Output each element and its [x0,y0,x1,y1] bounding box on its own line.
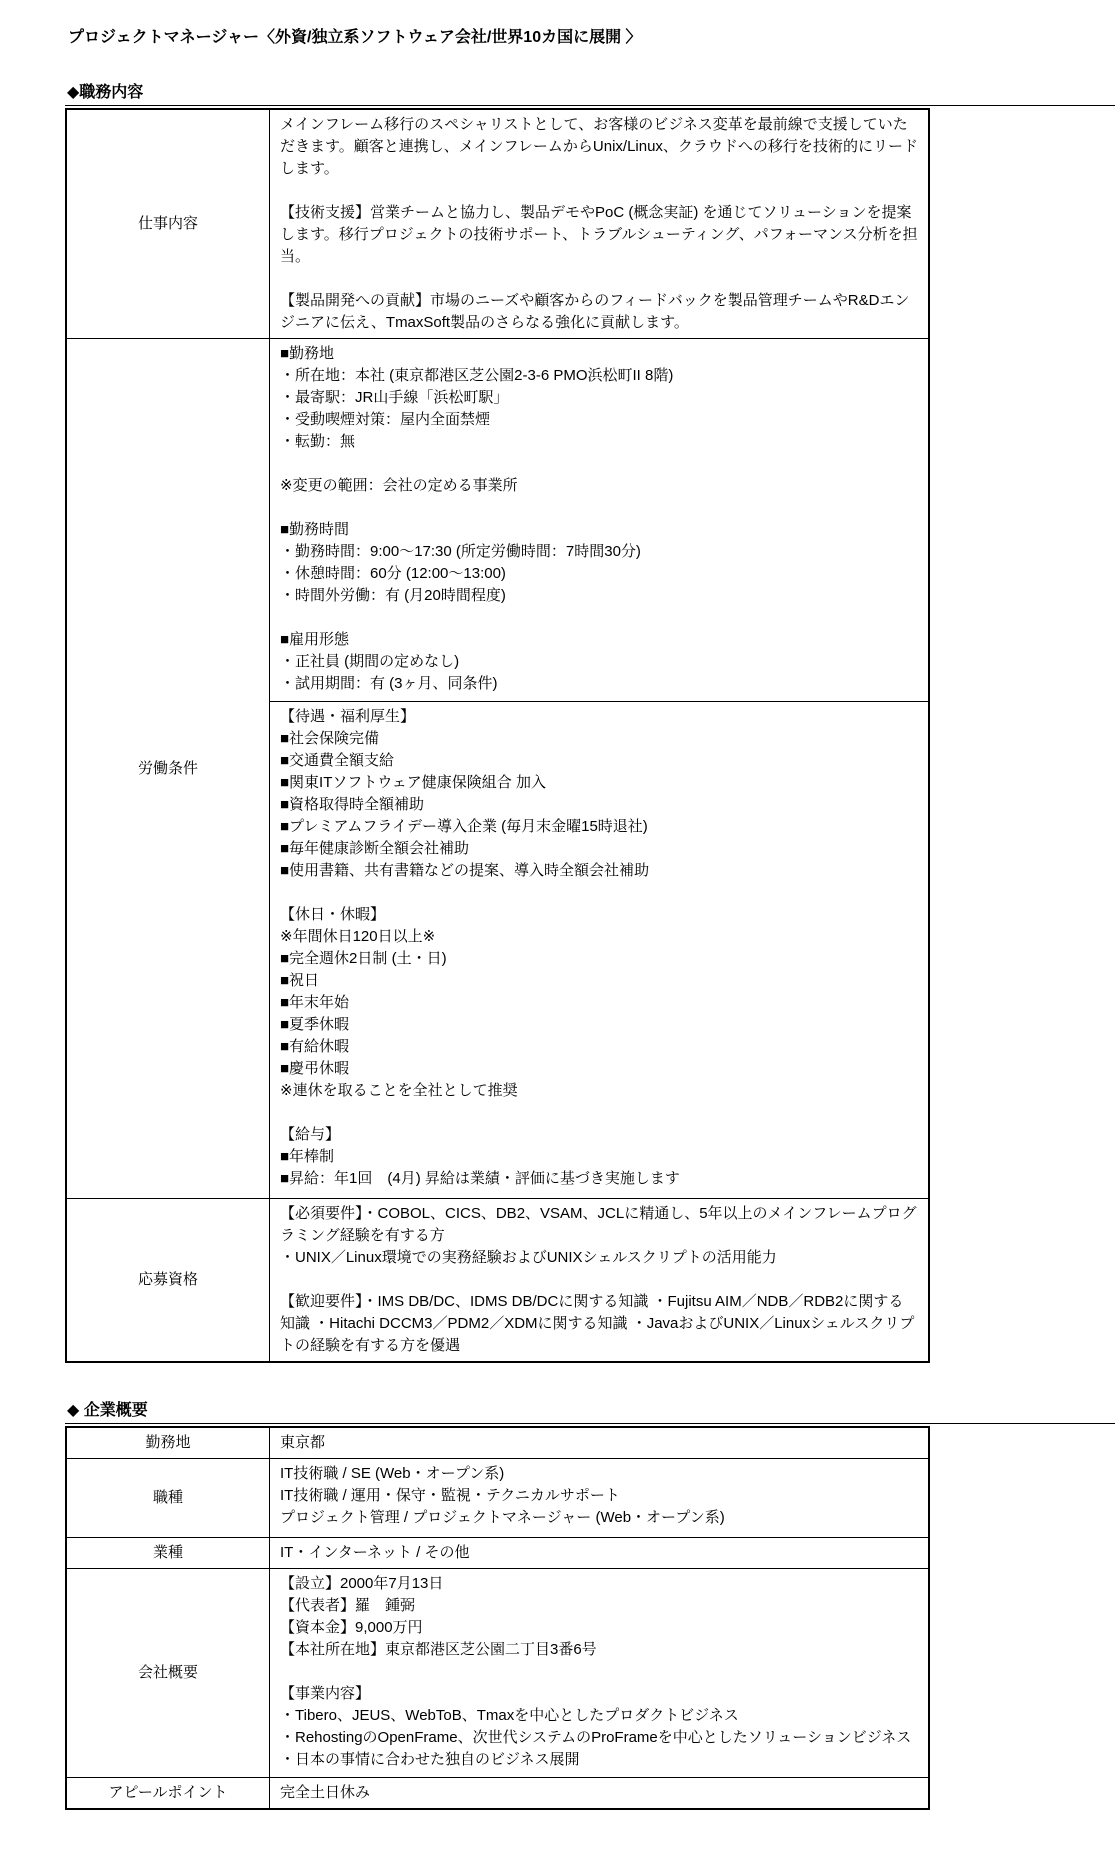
company-table: 勤務地 東京都 職種 IT技術職 / SE (Web・オープン系) IT技術職 … [65,1426,930,1810]
section-heading-duties: ◆職務内容 [65,79,1115,106]
row-label-job-types: 職種 [66,1459,270,1538]
table-row-job-content: 仕事内容 メインフレーム移行のスペシャリストとして、お客様のビジネス変革を最前線… [66,109,929,339]
table-row-job-types: 職種 IT技術職 / SE (Web・オープン系) IT技術職 / 運用・保守・… [66,1459,929,1538]
table-row-company-profile: 会社概要 【設立】2000年7月13日 【代表者】羅 鍾弼 【資本金】9,000… [66,1569,929,1778]
row-label-qualifications: 応募資格 [66,1199,270,1363]
table-row-qualifications: 応募資格 【必須要件】・COBOL、CICS、DB2、VSAM、JCLに精通し、… [66,1199,929,1363]
section-heading-company: ◆ 企業概要 [65,1397,1115,1424]
duties-table: 仕事内容 メインフレーム移行のスペシャリストとして、お客様のビジネス変革を最前線… [65,108,930,1363]
row-label-appeal-point: アピールポイント [66,1778,270,1810]
section-company-overview: ◆ 企業概要 勤務地 東京都 職種 IT技術職 / SE (Web・オープン系)… [0,1397,1115,1810]
job-posting-page: プロジェクトマネージャー〈外資/独立系ソフトウェア会社/世界10カ国に展開 〉 … [0,0,1115,1850]
table-row-working-conditions: 労働条件 ■勤務地 ・所在地：本社 (東京都港区芝公園2-3-6 PMO浜松町I… [66,339,929,702]
page-title: プロジェクトマネージャー〈外資/独立系ソフトウェア会社/世界10カ国に展開 〉 [68,24,1115,47]
section-job-description: ◆職務内容 仕事内容 メインフレーム移行のスペシャリストとして、お客様のビジネス… [0,79,1115,1363]
cell-location: 東京都 [270,1427,930,1459]
table-row-location: 勤務地 東京都 [66,1427,929,1459]
cell-company-profile: 【設立】2000年7月13日 【代表者】羅 鍾弼 【資本金】9,000万円 【本… [270,1569,930,1778]
cell-industry: IT・インターネット / その他 [270,1538,930,1569]
row-label-industry: 業種 [66,1538,270,1569]
cell-qualifications: 【必須要件】・COBOL、CICS、DB2、VSAM、JCLに精通し、5年以上の… [270,1199,930,1363]
row-label-location: 勤務地 [66,1427,270,1459]
cell-appeal-point: 完全土日休み [270,1778,930,1810]
cell-location-hours: ■勤務地 ・所在地：本社 (東京都港区芝公園2-3-6 PMO浜松町II 8階)… [270,339,930,702]
row-label-company-profile: 会社概要 [66,1569,270,1778]
row-label-job-content: 仕事内容 [66,109,270,339]
table-row-appeal-point: アピールポイント 完全土日休み [66,1778,929,1810]
cell-benefits: 【待遇・福利厚生】 ■社会保険完備 ■交通費全額支給 ■関東ITソフトウェア健康… [270,702,930,1199]
cell-job-types: IT技術職 / SE (Web・オープン系) IT技術職 / 運用・保守・監視・… [270,1459,930,1538]
row-label-working-conditions: 労働条件 [66,339,270,1199]
cell-job-content: メインフレーム移行のスペシャリストとして、お客様のビジネス変革を最前線で支援して… [270,109,930,339]
table-row-industry: 業種 IT・インターネット / その他 [66,1538,929,1569]
